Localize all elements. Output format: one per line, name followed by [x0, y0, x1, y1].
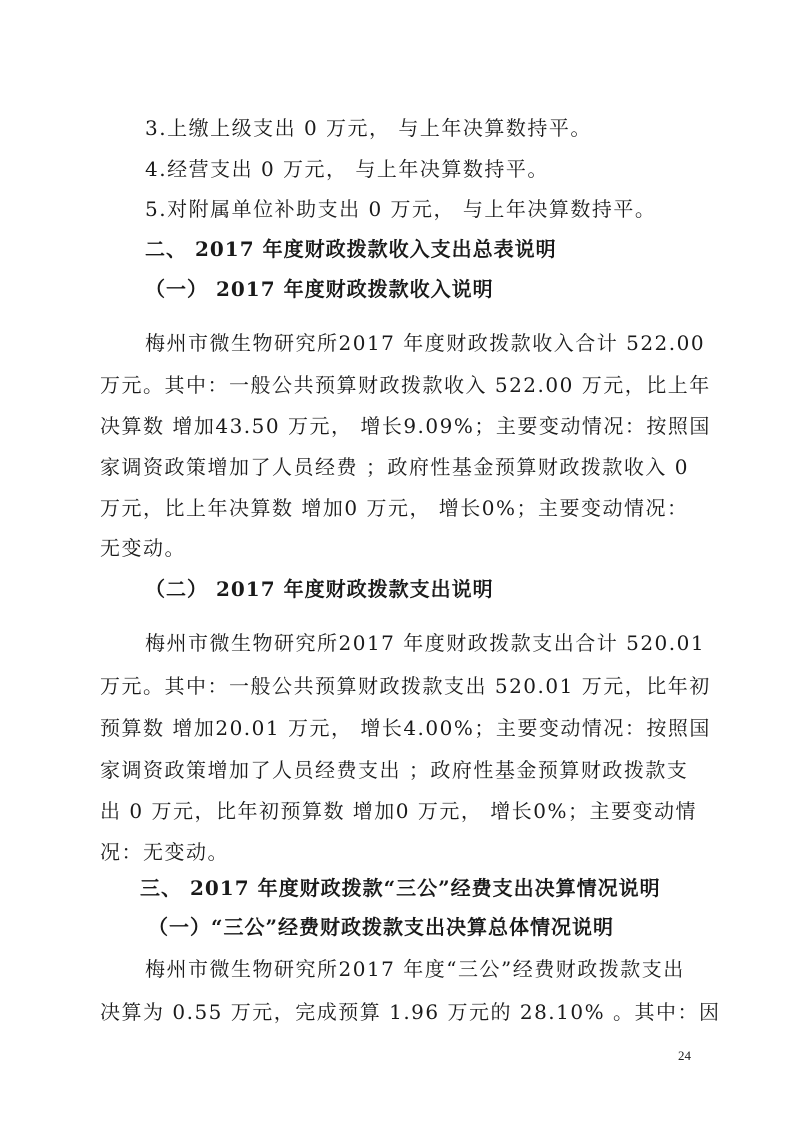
text-line-expense-item-4: 4.经营支出 0 万元， 与上年决算数持平。 — [145, 155, 549, 183]
paragraph-line: 家调资政策增加了人员经费支出 ；政府性基金预算财政拨款支 — [100, 756, 688, 784]
paragraph-line: 万元，比上年决算数 增加0 万元， 增长0%；主要变动情况： — [100, 494, 689, 522]
paragraph-line: 无变动。 — [100, 534, 186, 562]
paragraph-line: 万元。其中：一般公共预算财政拨款支出 520.01 万元，比年初 — [100, 672, 711, 700]
section-heading-2: 二、 2017 年度财政拨款收入支出总表说明 — [145, 235, 557, 263]
paragraph-line: 况：无变动。 — [100, 838, 229, 866]
paragraph-line: 梅州市微生物研究所2017 年度财政拨款收入合计 522.00 — [145, 329, 695, 357]
subsection-heading-expense: （二） 2017 年度财政拨款支出说明 — [145, 575, 494, 603]
paragraph-line: 梅州市微生物研究所2017 年度“三公”经费财政拨款支出 — [145, 955, 685, 983]
page-number: 24 — [678, 1048, 691, 1064]
section-heading-3: 三、 2017 年度财政拨款“三公”经费支出决算情况说明 — [140, 874, 661, 902]
paragraph-line: 梅州市微生物研究所2017 年度财政拨款支出合计 520.01 — [145, 629, 705, 657]
paragraph-line: 预算数 增加20.01 万元， 增长4.00%；主要变动情况：按照国 — [100, 714, 711, 742]
paragraph-line: 万元。其中：一般公共预算财政拨款收入 522.00 万元，比上年 — [100, 371, 711, 399]
paragraph-line: 决算数 增加43.50 万元， 增长9.09%；主要变动情况：按照国 — [100, 412, 711, 440]
text-line-expense-item-3: 3.上缴上级支出 0 万元， 与上年决算数持平。 — [145, 114, 592, 142]
paragraph-line: 家调资政策增加了人员经费 ；政府性基金预算财政拨款收入 0 — [100, 453, 689, 481]
paragraph-line: 决算为 0.55 万元，完成预算 1.96 万元的 28.10% 。其中：因 — [100, 998, 720, 1026]
subsection-heading-income: （一） 2017 年度财政拨款收入说明 — [145, 275, 494, 303]
paragraph-line: 出 0 万元，比年初预算数 增加0 万元， 增长0%；主要变动情 — [100, 797, 697, 825]
subsection-heading-three-public: （一）“三公”经费财政拨款支出决算总体情况说明 — [148, 913, 614, 941]
text-line-expense-item-5: 5.对附属单位补助支出 0 万元， 与上年决算数持平。 — [145, 195, 656, 223]
